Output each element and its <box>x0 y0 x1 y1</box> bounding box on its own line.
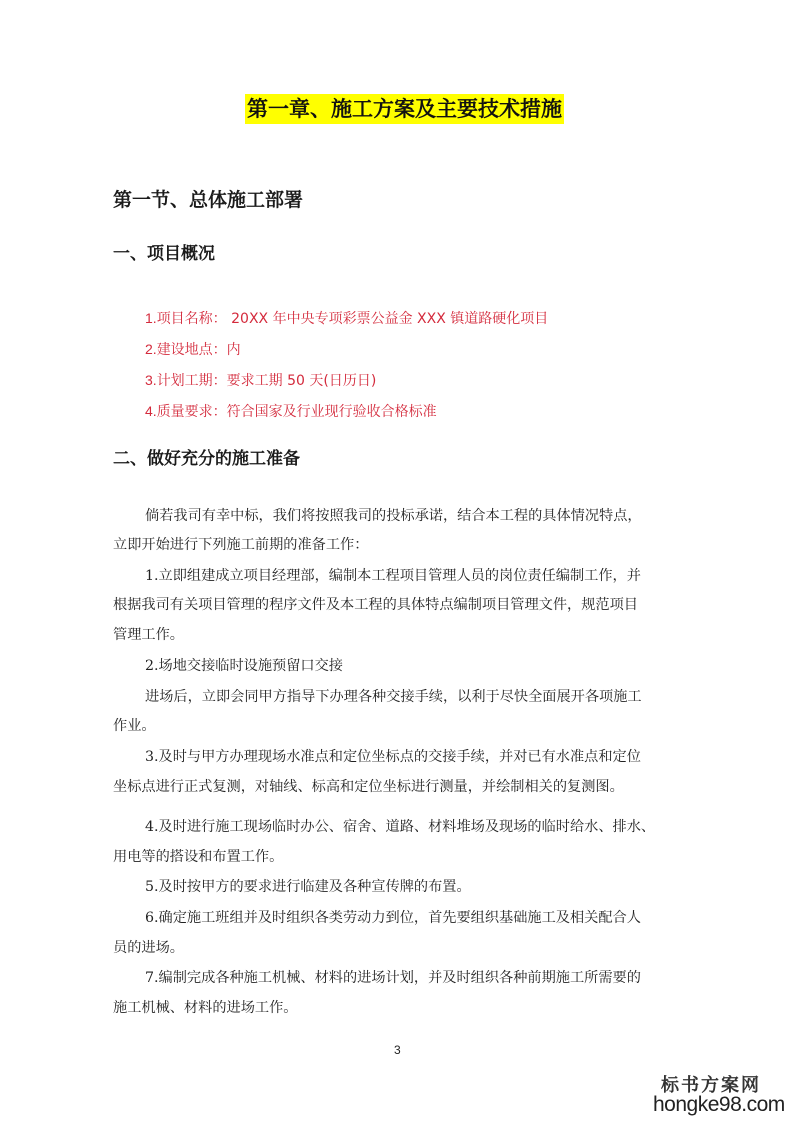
paragraph-line: 根据我司有关项目管理的程序文件及本工程的具体特点编制项目管理文件，规范项目 <box>113 595 638 615</box>
paragraph-line: 员的进场。 <box>113 938 184 958</box>
chapter-title: 第一章、施工方案及主要技术措施 <box>245 94 564 124</box>
item-number: 1. <box>145 310 157 326</box>
item-text: 建设地点：内 <box>157 342 241 358</box>
paragraph-line: 3.及时与甲方办理现场水准点和定位坐标点的交接手续，并对已有水准点和定位 <box>145 747 641 767</box>
paragraph-line: 坐标点进行正式复测，对轴线、标高和定位坐标进行测量，并绘制相关的复测图。 <box>113 777 624 797</box>
watermark-url: hongke98.com <box>653 1093 785 1117</box>
paragraph-line: 4.及时进行施工现场临时办公、宿舍、道路、材料堆场及现场的临时给水、排水、 <box>145 817 655 837</box>
item-number: 4. <box>145 403 157 419</box>
page-number: 3 <box>394 1043 401 1057</box>
overview-item-quality: 4.质量要求：符合国家及行业现行验收合格标准 <box>145 401 437 422</box>
paragraph-line: 1.立即组建成立项目经理部，编制本工程项目管理人员的岗位责任编制工作，并 <box>145 566 641 586</box>
item-text: 质量要求：符合国家及行业现行验收合格标准 <box>157 404 437 420</box>
paragraph-line: 管理工作。 <box>113 625 184 645</box>
paragraph-line: 7.编制完成各种施工机械、材料的进场计划，并及时组织各种前期施工所需要的 <box>145 968 641 988</box>
item-text: 计划工期：要求工期 50 天(日历日) <box>157 373 377 389</box>
paragraph-line: 用电等的搭设和布置工作。 <box>113 847 283 867</box>
item-text: 项目名称： 20XX 年中央专项彩票公益金 XXX 镇道路硬化项目 <box>157 311 549 327</box>
paragraph-line: 5.及时按甲方的要求进行临建及各种宣传牌的布置。 <box>145 877 471 897</box>
subsection-title-overview: 一、项目概况 <box>113 241 215 267</box>
subsection-title-preparation: 二、做好充分的施工准备 <box>113 446 300 472</box>
paragraph-line: 进场后，立即会同甲方指导下办理各种交接手续，以利于尽快全面展开各项施工 <box>145 687 642 707</box>
paragraph-line: 立即开始进行下列施工前期的准备工作： <box>113 535 368 555</box>
paragraph-line: 倘若我司有幸中标，我们将按照我司的投标承诺，结合本工程的具体情况特点， <box>145 506 642 526</box>
paragraph-line: 作业。 <box>113 716 156 736</box>
paragraph-line: 6.确定施工班组并及时组织各类劳动力到位，首先要组织基础施工及相关配合人 <box>145 908 641 928</box>
overview-item-project-name: 1.项目名称： 20XX 年中央专项彩票公益金 XXX 镇道路硬化项目 <box>145 308 548 329</box>
paragraph-line: 2.场地交接临时设施预留口交接 <box>145 656 343 676</box>
item-number: 2. <box>145 341 157 357</box>
overview-item-duration: 3.计划工期：要求工期 50 天(日历日) <box>145 370 376 391</box>
paragraph-line: 施工机械、材料的进场工作。 <box>113 998 297 1018</box>
overview-item-location: 2.建设地点：内 <box>145 339 241 360</box>
section-title: 第一节、总体施工部署 <box>113 186 303 214</box>
item-number: 3. <box>145 372 157 388</box>
